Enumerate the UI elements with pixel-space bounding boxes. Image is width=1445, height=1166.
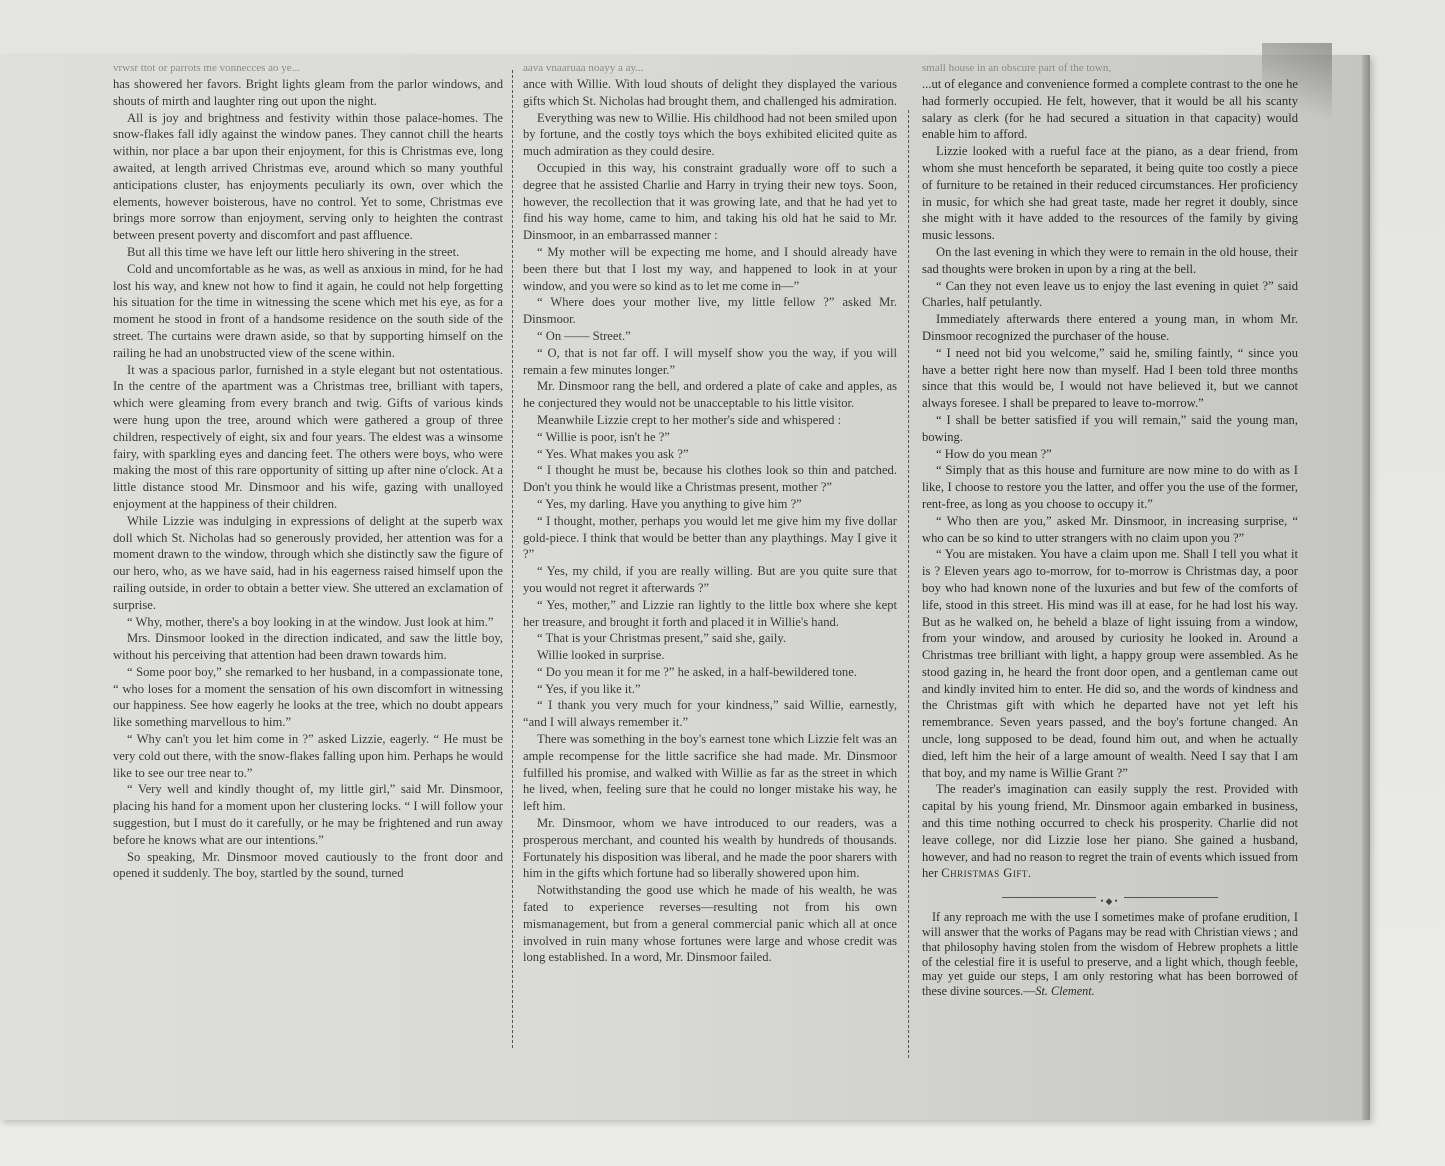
column-rule-1 bbox=[512, 70, 513, 1050]
paragraph: Occupied in this way, his constraint gra… bbox=[523, 160, 897, 244]
paragraph: “ Do you mean it for me ?” he asked, in … bbox=[523, 664, 897, 681]
paragraph: So speaking, Mr. Dinsmoor moved cautious… bbox=[113, 849, 503, 883]
paragraph: All is joy and brightness and festivity … bbox=[113, 110, 503, 244]
paragraph: “ Why can't you let him come in ?” asked… bbox=[113, 731, 503, 781]
paragraph: “ Who then are you,” asked Mr. Dinsmoor,… bbox=[922, 513, 1298, 547]
paragraph: Willie looked in surprise. bbox=[523, 647, 897, 664]
text-column-right: small house in an obscure part of the to… bbox=[922, 62, 1298, 999]
epigraph-attribution: St. Clement. bbox=[1035, 984, 1094, 998]
paragraph: Notwithstanding the good use which he ma… bbox=[523, 882, 897, 966]
paragraph: “ I shall be better satisfied if you wil… bbox=[922, 412, 1298, 446]
paragraph: ...ut of elegance and convenience formed… bbox=[922, 76, 1298, 143]
paragraph: ance with Willie. With loud shouts of de… bbox=[523, 76, 897, 110]
column-rule-2 bbox=[908, 110, 909, 1060]
paragraph: But all this time we have left our littl… bbox=[113, 244, 503, 261]
paragraph: has showered her favors. Bright lights g… bbox=[113, 76, 503, 110]
paragraph: “ You are mistaken. You have a claim upo… bbox=[922, 546, 1298, 781]
epigraph-quote: If any reproach me with the use I someti… bbox=[922, 910, 1298, 999]
paragraph: “ Why, mother, there's a boy looking in … bbox=[113, 614, 503, 631]
paragraph: Lizzie looked with a rueful face at the … bbox=[922, 143, 1298, 244]
paragraph: It was a spacious parlor, furnished in a… bbox=[113, 362, 503, 513]
paragraph: “ Where does your mother live, my little… bbox=[523, 294, 897, 328]
cutoff-line: vrwsr ttot or parrots me vonnecces ao ye… bbox=[113, 62, 503, 74]
paragraph: “ Yes, mother,” and Lizzie ran lightly t… bbox=[523, 597, 897, 631]
paragraph: On the last evening in which they were t… bbox=[922, 244, 1298, 278]
paragraph: “ Yes, if you like it.” bbox=[523, 681, 897, 698]
paragraph: “ Some poor boy,” she remarked to her hu… bbox=[113, 664, 503, 731]
paragraph: “ Yes. What makes you ask ?” bbox=[523, 446, 897, 463]
paragraph: “ I thought, mother, perhaps you would l… bbox=[523, 513, 897, 563]
paragraph: Meanwhile Lizzie crept to her mother's s… bbox=[523, 412, 897, 429]
paragraph: “ How do you mean ?” bbox=[922, 446, 1298, 463]
paragraph: “ I need not bid you welcome,” said he, … bbox=[922, 345, 1298, 412]
paragraph: “ That is your Christmas present,” said … bbox=[523, 630, 897, 647]
story-title-smallcaps: Christmas Gift. bbox=[941, 866, 1031, 880]
epigraph-text: If any reproach me with the use I someti… bbox=[922, 910, 1298, 998]
paragraph: Everything was new to Willie. His childh… bbox=[523, 110, 897, 160]
paragraph: Immediately afterwards there entered a y… bbox=[922, 311, 1298, 345]
paragraph: “ I thank you very much for your kindnes… bbox=[523, 697, 897, 731]
paragraph: “ Simply that as this house and furnitur… bbox=[922, 462, 1298, 512]
cutoff-line: aava vnaaruaa noayy a ay... bbox=[523, 62, 897, 74]
sheet-edge-shadow bbox=[1362, 55, 1370, 1120]
paragraph: “ Can they not even leave us to enjoy th… bbox=[922, 278, 1298, 312]
paragraph: Cold and uncomfortable as he was, as wel… bbox=[113, 261, 503, 362]
paragraph: Mr. Dinsmoor, whom we have introduced to… bbox=[523, 815, 897, 882]
paragraph: “ Yes, my child, if you are really willi… bbox=[523, 563, 897, 597]
section-ornament-rule: •◆• bbox=[922, 892, 1298, 902]
paragraph: “ On —— Street.” bbox=[523, 328, 897, 345]
paragraph: While Lizzie was indulging in expression… bbox=[113, 513, 503, 614]
cutoff-line: small house in an obscure part of the to… bbox=[922, 62, 1298, 74]
ornament-glyph: •◆• bbox=[1096, 896, 1123, 906]
paragraph: “ I thought he must be, because his clot… bbox=[523, 462, 897, 496]
paragraph: There was something in the boy's earnest… bbox=[523, 731, 897, 815]
paragraph: “ Willie is poor, isn't he ?” bbox=[523, 429, 897, 446]
paragraph: “ Very well and kindly thought of, my li… bbox=[113, 781, 503, 848]
paragraph: Mr. Dinsmoor rang the bell, and ordered … bbox=[523, 378, 897, 412]
paragraph: Mrs. Dinsmoor looked in the direction in… bbox=[113, 630, 503, 664]
paragraph: “ Yes, my darling. Have you anything to … bbox=[523, 496, 897, 513]
text-column-middle: aava vnaaruaa noayy a ay... ance with Wi… bbox=[523, 62, 897, 966]
text-column-left: vrwsr ttot or parrots me vonnecces ao ye… bbox=[113, 62, 503, 882]
paragraph-final: The reader's imagination can easily supp… bbox=[922, 781, 1298, 882]
paragraph: “ O, that is not far off. I will myself … bbox=[523, 345, 897, 379]
paragraph: “ My mother will be expecting me home, a… bbox=[523, 244, 897, 294]
